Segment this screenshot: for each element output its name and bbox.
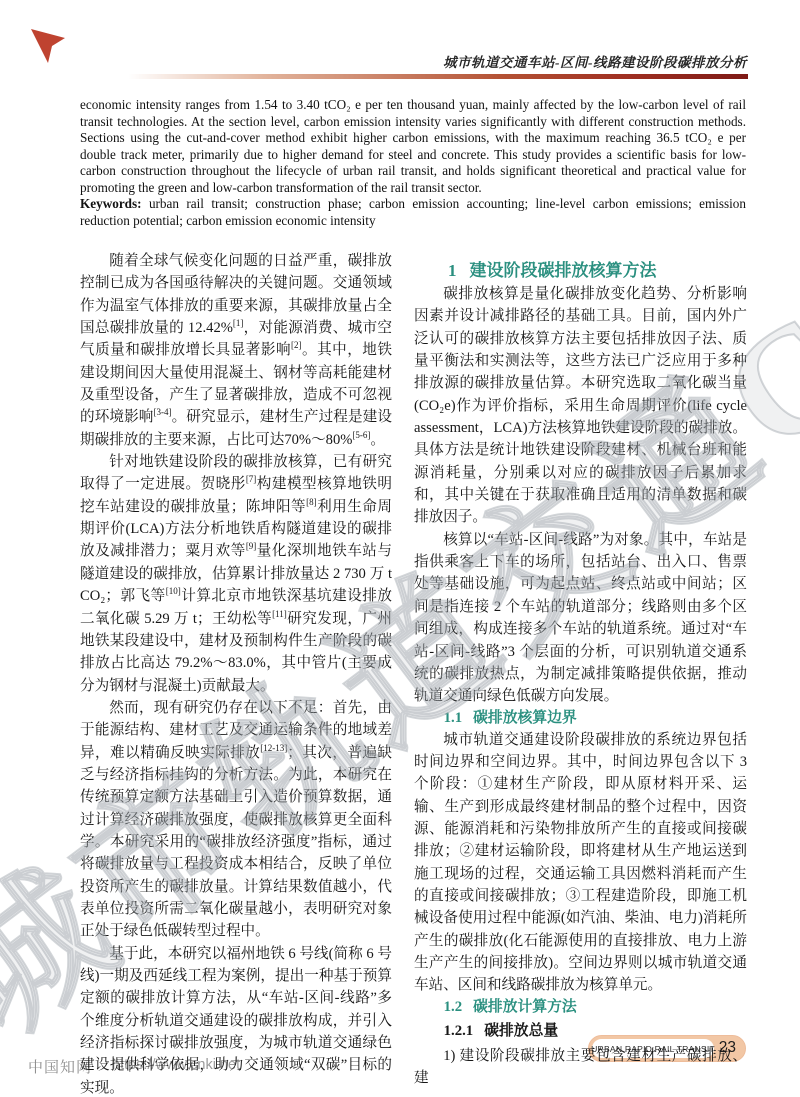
paragraph: 1) 建设阶段碳排放主要包含建材生产碳排放、建	[414, 1045, 747, 1090]
section-title: 碳排放总量	[484, 1023, 558, 1039]
section-title: 建设阶段碳排放核算方法	[470, 261, 657, 280]
keywords-text: urban rail transit; construction phase; …	[80, 196, 746, 228]
paragraph: 城市轨道交通建设阶段碳排放的系统边界包括时间边界和空间边界。其中，时间边界包含以…	[414, 729, 747, 997]
abstract-text: economic intensity ranges from 1.54 to 3…	[80, 97, 746, 196]
paragraph: 针对地铁建设阶段的碳排放核算，已有研究取得了一定进展。贺晓彤[7]构建模型核算地…	[80, 451, 392, 697]
keywords-label: Keywords:	[80, 196, 142, 211]
section-heading-1-2-1: 1.2.1碳排放总量	[414, 1021, 747, 1042]
corner-red-arrow-icon	[28, 26, 68, 66]
keywords-line: Keywords: urban rail transit; constructi…	[80, 196, 746, 229]
section-title: 碳排放核算边界	[473, 710, 577, 726]
right-column: 1建设阶段碳排放核算方法 碳排放核算是量化碳排放变化趋势、分析影响因素并设计减排…	[414, 259, 747, 1089]
paragraph: 碳排放核算是量化碳排放变化趋势、分析影响因素并设计减排路径的基础工具。目前，国内…	[414, 283, 747, 529]
left-column: 随着全球气候变化问题的日益严重，碳排放控制已成为各国亟待解决的关键问题。交通领域…	[80, 250, 392, 1097]
paragraph: 核算以“车站-区间-线路”为对象。其中，车站是指供乘客上下车的场所，包括站台、出…	[414, 529, 747, 708]
english-abstract: economic intensity ranges from 1.54 to 3…	[80, 97, 746, 229]
section-title: 碳排放计算方法	[473, 999, 577, 1015]
section-number: 1.2	[444, 999, 463, 1015]
section-heading-1-1: 1.1碳排放核算边界	[414, 708, 747, 729]
paragraph: 随着全球气候变化问题的日益严重，碳排放控制已成为各国亟待解决的关键问题。交通领域…	[80, 250, 392, 451]
journal-page: { "colors": { "accent_teal": "#2a8f7f", …	[0, 0, 800, 1097]
section-number: 1	[448, 261, 457, 280]
header-gradient-rule	[128, 74, 748, 79]
section-number: 1.2.1	[444, 1023, 474, 1039]
paragraph: 然而，现有研究仍存在以下不足：首先，由于能源结构、建材工艺及交通运输条件的地域差…	[80, 697, 392, 943]
paragraph: 基于此，本研究以福州地铁 6 号线(简称 6 号线)一期及西延线工程为案例，提出…	[80, 943, 392, 1097]
section-number: 1.1	[444, 710, 463, 726]
running-title: 城市轨道交通车站-区间-线路建设阶段碳排放分析	[443, 51, 747, 71]
section-heading-1-2: 1.2碳排放计算方法	[414, 997, 747, 1018]
section-heading-1: 1建设阶段碳排放核算方法	[414, 259, 747, 283]
